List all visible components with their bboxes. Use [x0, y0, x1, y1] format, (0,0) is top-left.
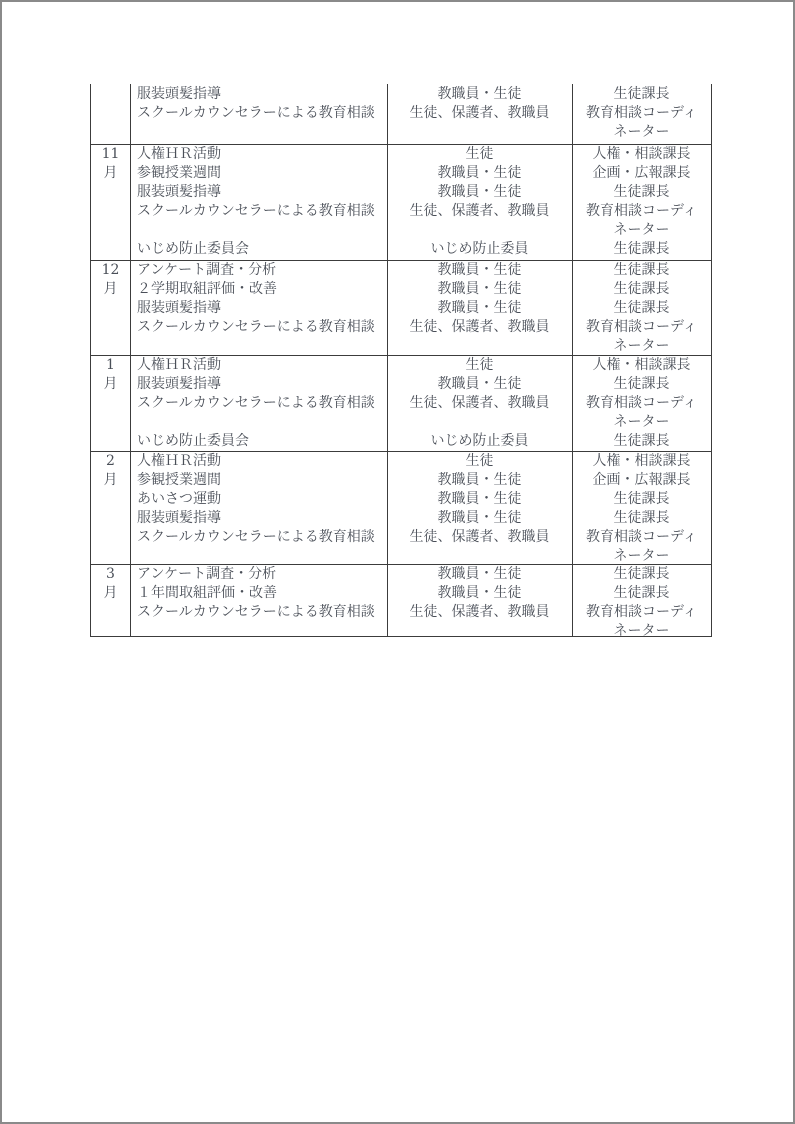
activity-cell: 服装頭髪指導: [130, 509, 387, 528]
participants-cell: 教職員・生徒: [387, 509, 572, 528]
month-unit: 月: [91, 471, 130, 490]
schedule-line: 服装頭髪指導教職員・生徒生徒課長: [130, 183, 711, 202]
lead-cell: 生徒課長: [572, 509, 711, 528]
schedule-line: アンケート調査・分析教職員・生徒生徒課長: [130, 565, 711, 584]
lead-cell: 人権・相談課長: [572, 452, 711, 471]
lead-cell: 生徒課長: [572, 183, 711, 202]
participants-cell: 生徒、保護者、教職員: [387, 202, 572, 221]
schedule-line: 服装頭髪指導教職員・生徒生徒課長: [130, 509, 711, 528]
activity-cell: スクールカウンセラーによる教育相談: [130, 603, 387, 622]
month-cell: 12月: [91, 261, 130, 355]
lead-cell: 生徒課長: [572, 261, 711, 280]
schedule-line: スクールカウンセラーによる教育相談生徒、保護者、教職員教育相談コーディネーター: [130, 528, 711, 564]
items-area: アンケート調査・分析教職員・生徒生徒課長１年間取組評価・改善教職員・生徒生徒課長…: [130, 565, 711, 637]
month-number: 1: [91, 356, 130, 375]
participants-cell: 教職員・生徒: [387, 471, 572, 490]
lead-cell: 生徒課長: [572, 375, 711, 394]
month-number: [91, 84, 130, 103]
activity-cell: スクールカウンセラーによる教育相談: [130, 394, 387, 413]
month-unit: 月: [91, 584, 130, 603]
lead-cell: 企画・広報課長: [572, 164, 711, 183]
items-area: 人権ＨＲ活動生徒人権・相談課長参観授業週間教職員・生徒企画・広報課長服装頭髪指導…: [130, 145, 711, 260]
participants-cell: 教職員・生徒: [387, 164, 572, 183]
activity-cell: 参観授業週間: [130, 164, 387, 183]
lead-cell: 教育相談コーディネーター: [572, 318, 711, 355]
lead-cell: 生徒課長: [572, 432, 711, 451]
schedule-line: スクールカウンセラーによる教育相談生徒、保護者、教職員教育相談コーディネーター: [130, 394, 711, 432]
activity-cell: 人権ＨＲ活動: [130, 145, 387, 164]
schedule-line: スクールカウンセラーによる教育相談生徒、保護者、教職員教育相談コーディネーター: [130, 104, 711, 142]
schedule-line: スクールカウンセラーによる教育相談生徒、保護者、教職員教育相談コーディネーター: [130, 202, 711, 240]
month-cell: [91, 84, 130, 144]
schedule-line: いじめ防止委員会いじめ防止委員生徒課長: [130, 432, 711, 451]
schedule-line: 人権ＨＲ活動生徒人権・相談課長: [130, 356, 711, 375]
lead-cell: 人権・相談課長: [572, 145, 711, 164]
column-divider-participants: [572, 84, 573, 636]
column-divider-month: [130, 84, 131, 636]
participants-cell: 教職員・生徒: [387, 565, 572, 584]
lead-cell: 生徒課長: [572, 565, 711, 584]
participants-cell: 生徒: [387, 145, 572, 164]
schedule-line: １年間取組評価・改善教職員・生徒生徒課長: [130, 584, 711, 603]
activity-cell: あいさつ運動: [130, 490, 387, 509]
participants-cell: 生徒、保護者、教職員: [387, 394, 572, 413]
activity-cell: スクールカウンセラーによる教育相談: [130, 202, 387, 221]
table-row: 12月アンケート調査・分析教職員・生徒生徒課長２学期取組評価・改善教職員・生徒生…: [91, 260, 711, 355]
activity-cell: いじめ防止委員会: [130, 432, 387, 451]
lead-cell: 教育相談コーディネーター: [572, 202, 711, 240]
schedule-line: 服装頭髪指導教職員・生徒生徒課長: [130, 375, 711, 394]
column-divider-activity: [387, 84, 388, 636]
participants-cell: 生徒: [387, 452, 572, 471]
document-page: 服装頭髪指導教職員・生徒生徒課長スクールカウンセラーによる教育相談生徒、保護者、…: [0, 0, 795, 1124]
table-row: 2月人権ＨＲ活動生徒人権・相談課長参観授業週間教職員・生徒企画・広報課長あいさつ…: [91, 451, 711, 564]
activity-cell: いじめ防止委員会: [130, 240, 387, 259]
activity-cell: スクールカウンセラーによる教育相談: [130, 104, 387, 123]
items-area: 人権ＨＲ活動生徒人権・相談課長参観授業週間教職員・生徒企画・広報課長あいさつ運動…: [130, 452, 711, 564]
schedule-line: 服装頭髪指導教職員・生徒生徒課長: [130, 85, 711, 104]
month-unit: 月: [91, 280, 130, 299]
items-area: 服装頭髪指導教職員・生徒生徒課長スクールカウンセラーによる教育相談生徒、保護者、…: [130, 84, 711, 144]
activity-cell: スクールカウンセラーによる教育相談: [130, 318, 387, 337]
lead-cell: 生徒課長: [572, 85, 711, 104]
activity-cell: 服装頭髪指導: [130, 183, 387, 202]
participants-cell: いじめ防止委員: [387, 240, 572, 259]
activity-cell: 服装頭髪指導: [130, 375, 387, 394]
lead-cell: 教育相談コーディネーター: [572, 528, 711, 564]
schedule-line: 人権ＨＲ活動生徒人権・相談課長: [130, 145, 711, 164]
activity-cell: ２学期取組評価・改善: [130, 280, 387, 299]
schedule-line: ２学期取組評価・改善教職員・生徒生徒課長: [130, 280, 711, 299]
schedule-line: あいさつ運動教職員・生徒生徒課長: [130, 490, 711, 509]
schedule-line: 人権ＨＲ活動生徒人権・相談課長: [130, 452, 711, 471]
participants-cell: 教職員・生徒: [387, 375, 572, 394]
schedule-line: スクールカウンセラーによる教育相談生徒、保護者、教職員教育相談コーディネーター: [130, 318, 711, 355]
activity-cell: 人権ＨＲ活動: [130, 452, 387, 471]
lead-cell: 教育相談コーディネーター: [572, 394, 711, 432]
participants-cell: いじめ防止委員: [387, 432, 572, 451]
participants-cell: 教職員・生徒: [387, 183, 572, 202]
lead-cell: 生徒課長: [572, 490, 711, 509]
lead-cell: 教育相談コーディネーター: [572, 104, 711, 142]
month-unit: 月: [91, 164, 130, 183]
lead-cell: 企画・広報課長: [572, 471, 711, 490]
participants-cell: 生徒、保護者、教職員: [387, 318, 572, 337]
lead-cell: 生徒課長: [572, 299, 711, 318]
month-number: 3: [91, 565, 130, 584]
participants-cell: 生徒、保護者、教職員: [387, 528, 572, 547]
participants-cell: 生徒、保護者、教職員: [387, 603, 572, 622]
lead-cell: 人権・相談課長: [572, 356, 711, 375]
table-row: 服装頭髪指導教職員・生徒生徒課長スクールカウンセラーによる教育相談生徒、保護者、…: [91, 84, 711, 144]
month-unit: [91, 103, 130, 122]
lead-cell: 生徒課長: [572, 280, 711, 299]
items-area: 人権ＨＲ活動生徒人権・相談課長服装頭髪指導教職員・生徒生徒課長スクールカウンセラ…: [130, 356, 711, 451]
activity-cell: 参観授業週間: [130, 471, 387, 490]
month-unit: 月: [91, 375, 130, 394]
participants-cell: 教職員・生徒: [387, 261, 572, 280]
activity-cell: 服装頭髪指導: [130, 85, 387, 104]
activity-cell: 人権ＨＲ活動: [130, 356, 387, 375]
participants-cell: 生徒: [387, 356, 572, 375]
lead-cell: 生徒課長: [572, 584, 711, 603]
activity-cell: １年間取組評価・改善: [130, 584, 387, 603]
participants-cell: 教職員・生徒: [387, 584, 572, 603]
activity-cell: スクールカウンセラーによる教育相談: [130, 528, 387, 547]
lead-cell: 教育相談コーディネーター: [572, 603, 711, 637]
table-row: 3月アンケート調査・分析教職員・生徒生徒課長１年間取組評価・改善教職員・生徒生徒…: [91, 564, 711, 637]
activity-cell: アンケート調査・分析: [130, 261, 387, 280]
month-number: 2: [91, 452, 130, 471]
schedule-line: 参観授業週間教職員・生徒企画・広報課長: [130, 471, 711, 490]
monthly-schedule-table: 服装頭髪指導教職員・生徒生徒課長スクールカウンセラーによる教育相談生徒、保護者、…: [90, 84, 712, 637]
table-row: 11月人権ＨＲ活動生徒人権・相談課長参観授業週間教職員・生徒企画・広報課長服装頭…: [91, 144, 711, 260]
lead-cell: 生徒課長: [572, 240, 711, 259]
month-cell: 3月: [91, 565, 130, 637]
month-number: 11: [91, 145, 130, 164]
month-cell: 11月: [91, 145, 130, 260]
activity-cell: 服装頭髪指導: [130, 299, 387, 318]
schedule-line: いじめ防止委員会いじめ防止委員生徒課長: [130, 240, 711, 259]
participants-cell: 生徒、保護者、教職員: [387, 104, 572, 123]
month-number: 12: [91, 261, 130, 280]
schedule-line: 服装頭髪指導教職員・生徒生徒課長: [130, 299, 711, 318]
schedule-line: アンケート調査・分析教職員・生徒生徒課長: [130, 261, 711, 280]
table-row: 1月人権ＨＲ活動生徒人権・相談課長服装頭髪指導教職員・生徒生徒課長スクールカウン…: [91, 355, 711, 451]
participants-cell: 教職員・生徒: [387, 299, 572, 318]
month-cell: 2月: [91, 452, 130, 564]
activity-cell: アンケート調査・分析: [130, 565, 387, 584]
schedule-line: 参観授業週間教職員・生徒企画・広報課長: [130, 164, 711, 183]
participants-cell: 教職員・生徒: [387, 490, 572, 509]
participants-cell: 教職員・生徒: [387, 280, 572, 299]
items-area: アンケート調査・分析教職員・生徒生徒課長２学期取組評価・改善教職員・生徒生徒課長…: [130, 261, 711, 355]
participants-cell: 教職員・生徒: [387, 85, 572, 104]
schedule-line: スクールカウンセラーによる教育相談生徒、保護者、教職員教育相談コーディネーター: [130, 603, 711, 637]
month-cell: 1月: [91, 356, 130, 451]
